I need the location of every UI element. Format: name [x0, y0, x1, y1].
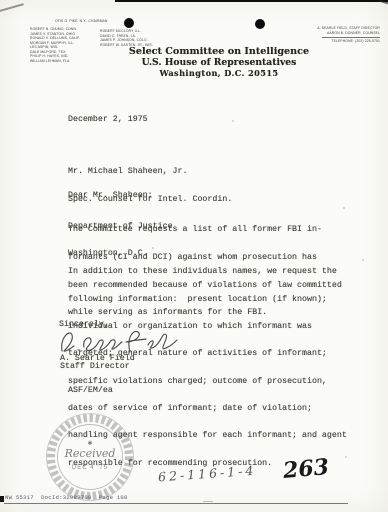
telephone-line: TELEPHONE: (202) 225-9751 — [317, 39, 380, 44]
address-title: Washington, D.C. 20515 — [104, 68, 334, 78]
member-name: JAMES P. JOHNSON, COLO. — [100, 38, 153, 43]
salutation: Dear Mr. Shaheen: — [68, 191, 153, 200]
address-line: Mr. Michael Shaheen, Jr. — [68, 168, 232, 177]
letterhead-chairman: OTIS G. PIKE, N.Y., CHAIRMAN — [55, 19, 107, 24]
received-stamp: ✱ Received DEC 4 '75 — [45, 412, 135, 502]
staff-director-line: A. SEARLE FIELD, STAFF DIRECTOR — [317, 26, 380, 31]
letterhead-staff-block: A. SEARLE FIELD, STAFF DIRECTOR AARON B.… — [317, 26, 380, 43]
member-name: ROBERT N. GIAIMO, CONN. — [30, 27, 80, 32]
body-line: following information: present location … — [68, 296, 347, 305]
paper-speck — [343, 207, 345, 209]
letter-date: December 2, 1975 — [68, 115, 148, 124]
scan-corner-mark — [0, 3, 24, 12]
body-line: The Committee requests a list of all for… — [68, 225, 342, 234]
archive-footer: NW 55317 DocId:32989708 Page 108 — [5, 494, 128, 501]
letterhead-members-col1: ROBERT N. GIAIMO, CONN. JAMES V. STANTON… — [30, 27, 80, 63]
counsel-line: AARON B. DONNER, COUNSEL — [317, 31, 380, 36]
paper-speck — [362, 259, 364, 261]
stamp-word: Received — [64, 447, 116, 460]
letterhead-members-col2: ROBERT MCCLORY, ILL. DAVID C. TREEN, LA.… — [100, 29, 153, 47]
signature-scrawl — [56, 327, 178, 357]
letterhead-rule — [322, 37, 380, 38]
signer-title: Staff Director — [60, 362, 130, 371]
paper-speck — [203, 501, 213, 502]
typist-reference: ASF/EM/ea — [68, 386, 113, 395]
committee-title: Select Committee on Intelligence — [104, 46, 334, 57]
member-name: RONALD V. DELLUMS, CALIF. — [30, 36, 80, 41]
stamp-star: ✱ — [87, 440, 92, 447]
handwritten-page-number: 263 — [282, 454, 330, 484]
punch-hole-dot — [124, 18, 134, 28]
house-title: U.S. House of Representatives — [104, 57, 334, 68]
punch-hole-dot — [255, 19, 265, 29]
paper-speck — [232, 120, 234, 122]
body-line: In addition to these individuals names, … — [68, 268, 347, 277]
scan-edge-notch — [0, 496, 4, 502]
document-scan: OTIS G. PIKE, N.Y., CHAIRMAN ROBERT N. G… — [0, 0, 388, 512]
stamp-date: DEC 4 '75 — [72, 465, 108, 471]
footer-rule — [4, 503, 348, 504]
member-name: WILLIAM LEHMAN, FLA. — [30, 59, 80, 64]
scan-edge-line — [115, 0, 388, 2]
